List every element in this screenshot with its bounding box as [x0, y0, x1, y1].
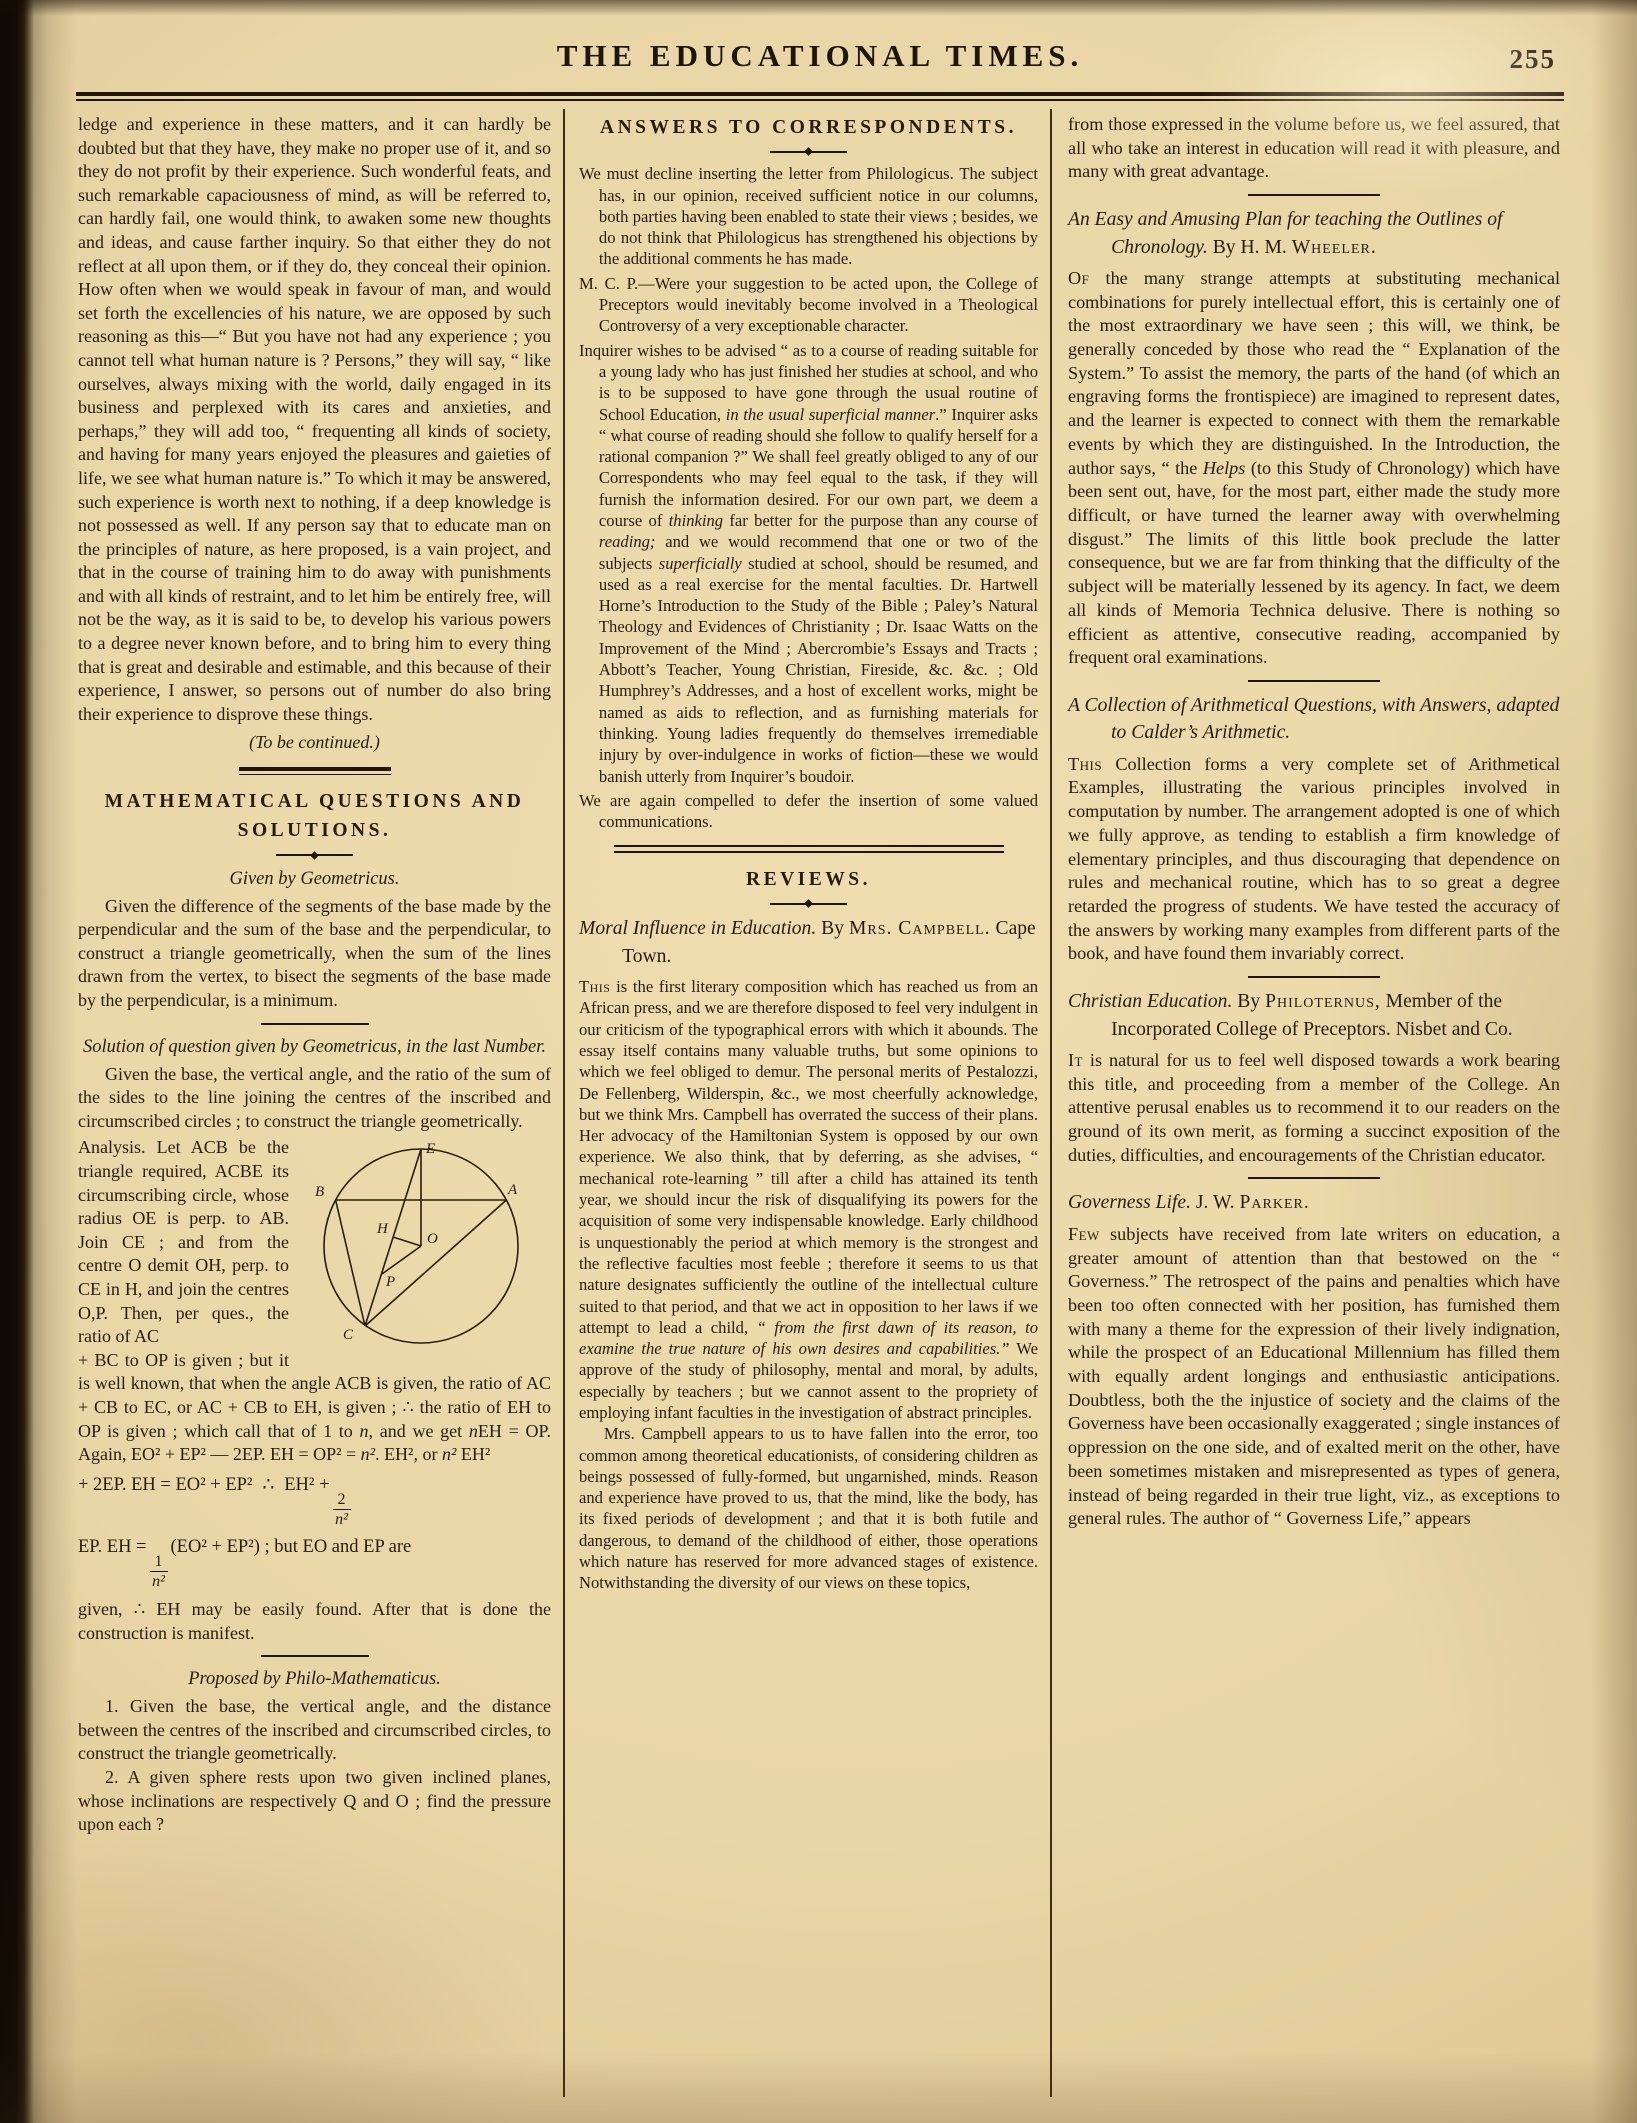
- equation-text: EP. EH =: [78, 1537, 147, 1557]
- short-rule: [261, 1023, 369, 1025]
- section-divider-rule: [614, 845, 1004, 853]
- lead-word: It: [1068, 1050, 1083, 1070]
- ornament-line: [770, 151, 806, 153]
- fraction: 2n²: [333, 1491, 351, 1529]
- equation-text: + 2EP. EH = EO² + EP²: [78, 1475, 252, 1495]
- line-OP: [382, 1246, 421, 1274]
- review-title-italic: Christian Education.: [1068, 991, 1232, 1012]
- short-rule: [1248, 1177, 1380, 1179]
- side-CA: [365, 1200, 506, 1326]
- review-author: Mrs. Campbell.: [849, 918, 991, 939]
- equation-line-2: EP. EH =1n²(EO² + EP²) ; but EO and EP a…: [78, 1536, 551, 1591]
- answer-inquirer: Inquirer wishes to be advised “ as to a …: [579, 340, 1038, 787]
- analysis-text: Analysis. Let ACB be the triangle requir…: [78, 1137, 289, 1346]
- therefore-symbol: ∴: [262, 1475, 274, 1495]
- analysis-paragraph: E A B C H O P Analysis. Let ACB be the t…: [78, 1136, 551, 1348]
- review-body-paragraph: This is the first literary composition w…: [579, 976, 1038, 1423]
- solution-heading: Solution of question given by Geometricu…: [78, 1035, 551, 1059]
- solution-intro-paragraph: Given the base, the vertical angle, and …: [78, 1063, 551, 1134]
- review-title-italic: A Collection of Arithmetical Questions, …: [1068, 695, 1559, 743]
- figure-label-p: P: [385, 1274, 395, 1290]
- ornament-line: [276, 854, 312, 856]
- ornament-divider: [579, 148, 1038, 155]
- review-body-paragraph: It is natural for us to feel well dispos…: [1068, 1049, 1560, 1168]
- lead-word: Few: [1068, 1224, 1100, 1244]
- review-body-paragraph: Of the many strange attempts at substitu…: [1068, 267, 1560, 670]
- diamond-icon: [804, 148, 812, 156]
- section-heading-mathematical: MATHEMATICAL QUESTIONS AND SOLUTIONS.: [78, 787, 551, 846]
- geometry-figure: E A B C H O P: [299, 1136, 551, 1348]
- lead-word: This: [1068, 754, 1102, 774]
- question-paragraph: Given the difference of the segments of …: [78, 895, 551, 1013]
- short-rule: [261, 1655, 369, 1657]
- figure-label-e: E: [425, 1141, 435, 1157]
- figure-label-c: C: [343, 1327, 354, 1343]
- answer-italic: superficially: [659, 554, 742, 573]
- review-text: Collection forms a very complete set of …: [1068, 754, 1560, 964]
- math-text: , and we get: [369, 1421, 469, 1441]
- fraction-numerator: 2: [333, 1491, 351, 1511]
- review-body-paragraph: Few subjects have received from late wri…: [1068, 1223, 1560, 1531]
- math-text: EH²: [456, 1444, 490, 1464]
- review-text: is natural for us to feel well disposed …: [1068, 1050, 1560, 1165]
- scanned-newspaper-page: THE EDUCATIONAL TIMES. 255 ledge and exp…: [0, 0, 1637, 2123]
- answer-deferred: We are again compelled to defer the inse…: [579, 790, 1038, 833]
- answer-italic: thinking: [669, 511, 723, 530]
- answer-philologicus: We must decline inserting the letter fro…: [579, 163, 1038, 269]
- fraction-denominator: n²: [152, 1572, 165, 1591]
- math-text: . EH², or: [375, 1444, 442, 1464]
- review-title-by: By H. M.: [1213, 237, 1287, 258]
- header-rule: [76, 92, 1564, 105]
- review-italic: Helps: [1203, 458, 1245, 478]
- section-divider-rule: [239, 767, 391, 775]
- review-body-paragraph: This Collection forms a very complete se…: [1068, 753, 1560, 966]
- answer-italic: in the usual superficial manner: [726, 405, 935, 424]
- review-text: the many strange attempts at substitutin…: [1068, 268, 1560, 478]
- to-be-continued-note: (To be continued.): [78, 731, 551, 755]
- review-title-moral-influence: Moral Influence in Education. By Mrs. Ca…: [579, 915, 1038, 970]
- equation-text: EH² +: [284, 1475, 329, 1495]
- proposed-question-2: 2. A given sphere rests upon two given i…: [78, 1766, 551, 1837]
- equation-text: (EO² + EP²) ; but EO and EP are: [171, 1537, 412, 1557]
- column-right: from those expressed in the volume befor…: [1052, 109, 1564, 2097]
- diamond-icon: [804, 899, 812, 907]
- review-text: (to this Study of Chronology) which have…: [1068, 458, 1560, 668]
- lead-word: This: [579, 977, 610, 996]
- fraction: 1n²: [150, 1553, 168, 1591]
- review-title-christian-education: Christian Education. By Philoternus, Mem…: [1068, 988, 1560, 1043]
- equation-line-1: + 2EP. EH = EO² + EP²∴EH² +2n²: [78, 1474, 551, 1529]
- review-title-italic: Moral Influence in Education.: [579, 918, 816, 939]
- ornament-line: [317, 854, 353, 856]
- ornament-divider: [78, 852, 551, 859]
- figure-label-a: A: [507, 1182, 518, 1198]
- book-binding-edge: [0, 0, 34, 2123]
- column-left: ledge and experience in these matters, a…: [76, 109, 563, 2097]
- figure-label-o: O: [427, 1231, 438, 1247]
- page-header: THE EDUCATIONAL TIMES. 255: [76, 24, 1564, 90]
- page-content: THE EDUCATIONAL TIMES. 255 ledge and exp…: [76, 24, 1564, 2097]
- side-CB: [336, 1200, 365, 1326]
- ornament-line: [811, 151, 847, 153]
- proposed-by-heading: Proposed by Philo-Mathematicus.: [78, 1667, 551, 1691]
- ornament-line: [770, 903, 806, 905]
- math-var-n: n: [469, 1421, 478, 1441]
- given-by-heading: Given by Geometricus.: [78, 867, 551, 891]
- review-author: Parker.: [1239, 1192, 1309, 1213]
- review-body-paragraph: Mrs. Campbell appears to us to have fall…: [579, 1423, 1038, 1593]
- ornament-line: [811, 903, 847, 905]
- review-author: Philoternus,: [1265, 991, 1381, 1012]
- figure-label-b: B: [315, 1184, 324, 1200]
- short-rule: [1248, 194, 1380, 196]
- section-heading-answers: ANSWERS TO CORRESPONDENTS.: [579, 113, 1038, 142]
- diamond-icon: [310, 851, 318, 859]
- perpendicular-OH: [393, 1237, 421, 1246]
- columns: ledge and experience in these matters, a…: [76, 109, 1564, 2097]
- review-title-by: By: [821, 918, 844, 939]
- answer-italic: reading;: [599, 532, 656, 551]
- review-title-by: J. W.: [1196, 1192, 1235, 1213]
- answer-mcp: M. C. P.—Were your suggestion to be acte…: [579, 273, 1038, 337]
- review-title-arithmetical: A Collection of Arithmetical Questions, …: [1068, 692, 1560, 747]
- review-continuation-paragraph: from those expressed in the volume befor…: [1068, 113, 1560, 184]
- figure-label-h: H: [376, 1221, 389, 1237]
- review-author: Wheeler.: [1292, 237, 1377, 258]
- column-middle: ANSWERS TO CORRESPONDENTS. We must decli…: [563, 109, 1052, 2097]
- lead-word: Of: [1068, 268, 1089, 288]
- short-rule: [1248, 680, 1380, 682]
- proposed-question-1: 1. Given the base, the vertical angle, a…: [78, 1695, 551, 1766]
- answer-text: far better for the purpose than any cour…: [723, 511, 1038, 530]
- math-var-n: n²: [442, 1444, 456, 1464]
- math-var-n: n²: [361, 1444, 375, 1464]
- math-paragraph: + BC to OP is given ; but it is well kno…: [78, 1349, 551, 1467]
- review-title-by: By: [1237, 991, 1260, 1012]
- answer-text: studied at school, should be resumed, an…: [599, 554, 1038, 786]
- article-continuation-paragraph: ledge and experience in these matters, a…: [78, 113, 551, 726]
- page-title: THE EDUCATIONAL TIMES.: [76, 24, 1564, 74]
- section-heading-reviews: REVIEWS.: [579, 865, 1038, 894]
- review-title-governess-life: Governess Life. J. W. Parker.: [1068, 1189, 1560, 1216]
- review-title-italic: Governess Life.: [1068, 1192, 1191, 1213]
- review-text: is the first literary composition which …: [579, 977, 1038, 1337]
- fraction-numerator: 1: [150, 1553, 168, 1573]
- short-rule: [1248, 976, 1380, 978]
- ornament-divider: [579, 900, 1038, 907]
- review-text: subjects have received from late writers…: [1068, 1224, 1560, 1528]
- math-closing-paragraph: given, ∴ EH may be easily found. After t…: [78, 1598, 551, 1645]
- review-title-chronology: An Easy and Amusing Plan for teaching th…: [1068, 206, 1560, 261]
- page-number: 255: [1510, 44, 1557, 75]
- math-var-n: n: [360, 1421, 369, 1441]
- fraction-denominator: n²: [335, 1510, 348, 1529]
